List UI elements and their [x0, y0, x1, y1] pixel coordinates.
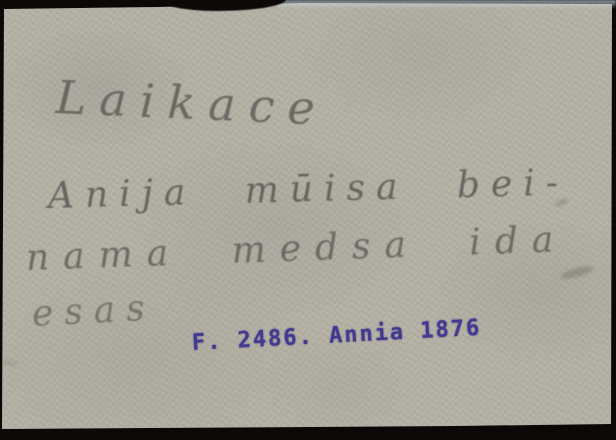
scan-edge-highlight — [278, 0, 616, 9]
handwriting-line-3: nama medsa ida — [25, 219, 568, 279]
archive-number-stamp: F. 2486. Annia 1876 — [191, 316, 482, 356]
handwriting-line-2: Anija mūisa bei- — [47, 162, 569, 217]
pencil-smudge — [559, 264, 594, 281]
handwriting-line-4: esas — [31, 288, 157, 335]
handwriting-line-1: Laikace — [55, 70, 329, 136]
paper-card: Laikace Anija mūisa bei- nama medsa ida … — [0, 0, 616, 440]
pencil-smudge — [2, 359, 19, 368]
